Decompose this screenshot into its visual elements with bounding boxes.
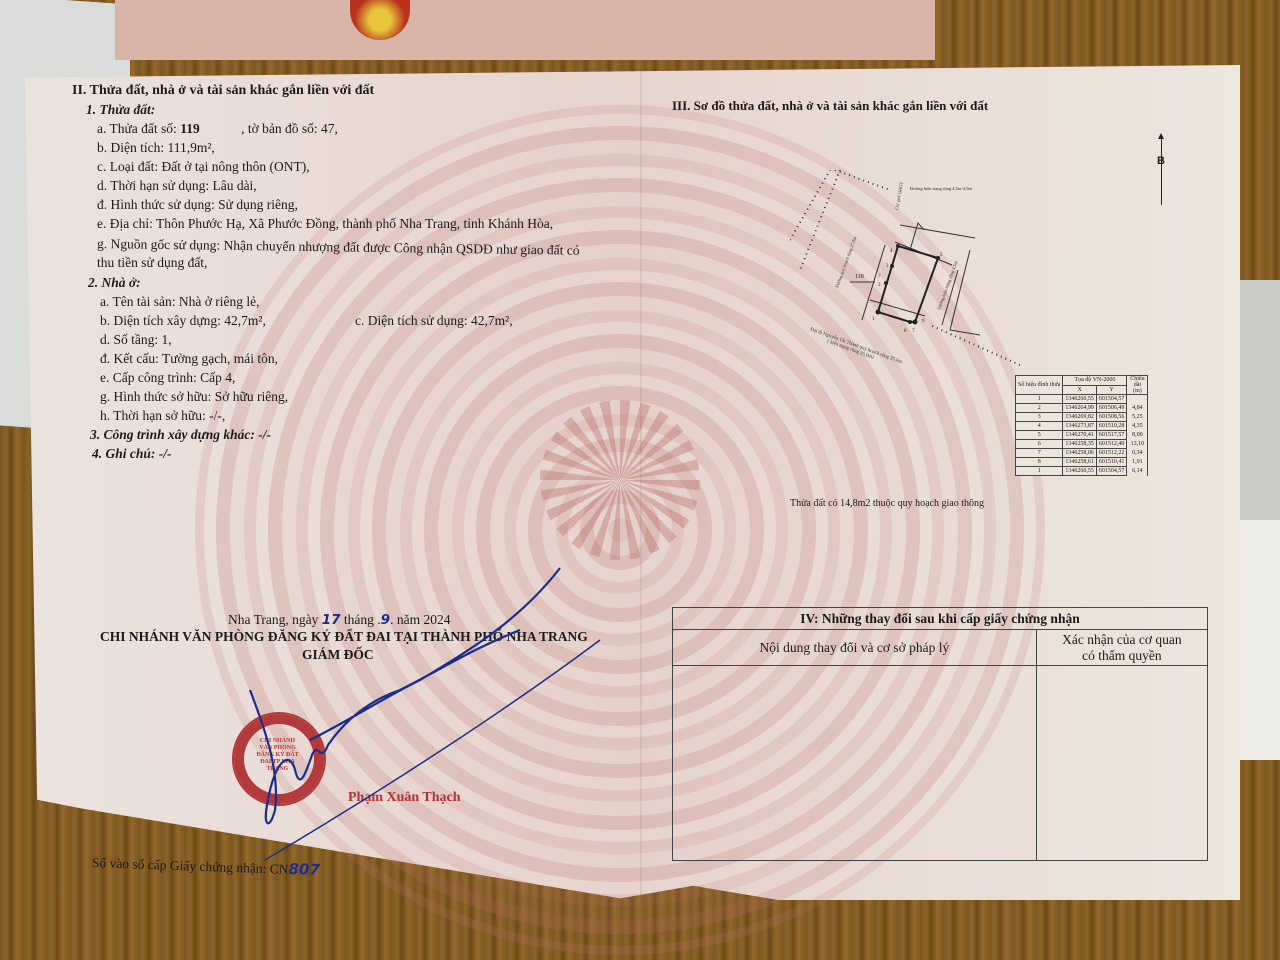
land-parcel-row: a. Thửa đất số: 119 , tờ bản đồ số: 47,	[97, 121, 338, 137]
notes: 4. Ghi chú: -/-	[92, 446, 172, 462]
svg-text:2: 2	[878, 283, 881, 288]
svg-text:4: 4	[890, 249, 893, 254]
parcel-diagram: 1234 5678 7 118 Đường quy hoạch rộng 27,…	[790, 170, 1020, 370]
changes-col-content: Nội dung thay đổi và cơ sở pháp lý	[673, 630, 1037, 666]
traffic-planning-note: Thửa đất có 14,8m2 thuộc quy hoạch giao …	[790, 498, 984, 509]
signer-name: Phạm Xuân Thạch	[348, 790, 461, 806]
coordinate-row: 51346270,41601517,578,00	[1016, 431, 1148, 440]
section-iii-title: III. Sơ đồ thửa đất, nhà ở và tài sản kh…	[672, 98, 988, 114]
svg-text:Đại lộ Nguyễn Tất Thành quy ho: Đại lộ Nguyễn Tất Thành quy hoạch rộng 3…	[809, 326, 903, 365]
changes-table: IV: Những thay đổi sau khi cấp giấy chứn…	[672, 607, 1208, 861]
neighbor-parcel-label: 118	[855, 274, 864, 280]
section-ii-title: II. Thửa đất, nhà ở và tài sản khác gắn …	[72, 83, 374, 99]
house-term: h. Thời hạn sở hữu: -/-,	[100, 408, 225, 424]
page-fold	[640, 70, 642, 900]
handwritten-day: 17	[322, 612, 341, 628]
changes-confirmation-cell	[1036, 666, 1207, 861]
handwritten-month: 9	[381, 612, 390, 628]
land-use-form: đ. Hình thức sử dụng: Sử dụng riêng,	[97, 197, 298, 213]
house-structure: đ. Kết cấu: Tường gạch, mái tôn,	[100, 351, 278, 367]
north-arrow-icon	[1161, 135, 1162, 205]
house-heading: 2. Nhà ở:	[88, 275, 141, 291]
house-used-area: c. Diện tích sử dụng: 42,7m²,	[355, 313, 513, 329]
land-type: c. Loại đất: Đất ở tại nông thôn (ONT),	[97, 159, 310, 175]
land-area: b. Diện tích: 111,9m²,	[97, 140, 215, 156]
coordinate-row: 21346264,99601506,494,84	[1016, 404, 1148, 413]
coordinate-row: 81346258,61601510,411,91	[1016, 458, 1148, 467]
signer-title: GIÁM ĐỐC	[302, 647, 374, 663]
north-label: B	[1157, 155, 1165, 167]
land-term: d. Thời hạn sử dụng: Lâu dài,	[97, 178, 257, 194]
coordinate-row: 31346269,82601508,565,25	[1016, 413, 1148, 422]
map-sheet: , tờ bản đồ số: 47,	[241, 121, 338, 136]
stamp-text: CHI NHÁNH VĂN PHÒNG ĐĂNG KÝ ĐẤT ĐAI TP N…	[255, 738, 300, 773]
other-works: 3. Công trình xây dựng khác: -/-	[90, 427, 271, 443]
coordinate-row: 41346273,87601510,284,35	[1016, 422, 1148, 431]
coordinate-row: 11346260,55601504,57	[1016, 395, 1148, 404]
svg-text:8: 8	[904, 329, 907, 334]
house-name: a. Tên tài sản: Nhà ở riêng lẻ,	[100, 294, 259, 310]
changes-col-confirmation: Xác nhận của cơ quan có thẩm quyền	[1036, 630, 1207, 666]
coordinate-table: Số hiệu đỉnh thửa Tọa độ VN-2000 Chiều d…	[1015, 375, 1148, 476]
coordinate-row: 11346260,55601504,576,14	[1016, 467, 1148, 476]
parcel-label: a. Thửa đất số:	[97, 121, 177, 136]
issuing-office: CHI NHÁNH VĂN PHÒNG ĐĂNG KÝ ĐẤT ĐAI TẠI …	[100, 629, 588, 645]
drum-star-icon	[540, 400, 700, 560]
house-built-area: b. Diện tích xây dựng: 42,7m²,	[100, 313, 266, 329]
svg-text:Chỉ giới QHGT: Chỉ giới QHGT	[894, 181, 904, 210]
house-grade: e. Cấp công trình: Cấp 4,	[100, 370, 235, 386]
changes-content-cell	[673, 666, 1037, 861]
svg-text:7: 7	[912, 329, 915, 334]
place-date: Nha Trang, ngày 17 tháng .9. năm 2024	[228, 612, 450, 628]
house-ownership: g. Hình thức sở hữu: Sở hữu riêng,	[100, 389, 288, 405]
svg-text:6: 6	[922, 319, 925, 324]
land-origin-cont: thu tiền sử dụng đất,	[97, 255, 207, 271]
parcel-number: 119	[180, 121, 200, 136]
svg-text:3: 3	[886, 264, 889, 269]
svg-text:Đường hiện trạng rộng 4,5m-4,9: Đường hiện trạng rộng 4,5m-4,9m	[910, 186, 973, 192]
svg-text:1: 1	[872, 317, 875, 322]
land-heading: 1. Thửa đất:	[86, 102, 155, 118]
coordinate-row: 71346258,06601512,220,34	[1016, 449, 1148, 458]
underlying-certificate-cover	[115, 0, 935, 60]
land-address: e. Địa chỉ: Thôn Phước Hạ, Xã Phước Đồng…	[97, 216, 553, 232]
coordinate-row: 61346258,35601512,4013,10	[1016, 440, 1148, 449]
changes-title: IV: Những thay đổi sau khi cấp giấy chứn…	[673, 608, 1208, 630]
north-arrow-head	[1158, 133, 1164, 139]
svg-text:7: 7	[878, 275, 881, 280]
handwritten-registry-number: 807	[288, 860, 320, 879]
registry-number: Số vào sổ cấp Giấy chứng nhận: CN807	[92, 853, 320, 879]
svg-text:Đường quy hoạch rộng 27,0m: Đường quy hoạch rộng 27,0m	[834, 235, 858, 288]
svg-text:5: 5	[940, 253, 943, 258]
house-floors: d. Số tầng: 1,	[100, 332, 172, 348]
